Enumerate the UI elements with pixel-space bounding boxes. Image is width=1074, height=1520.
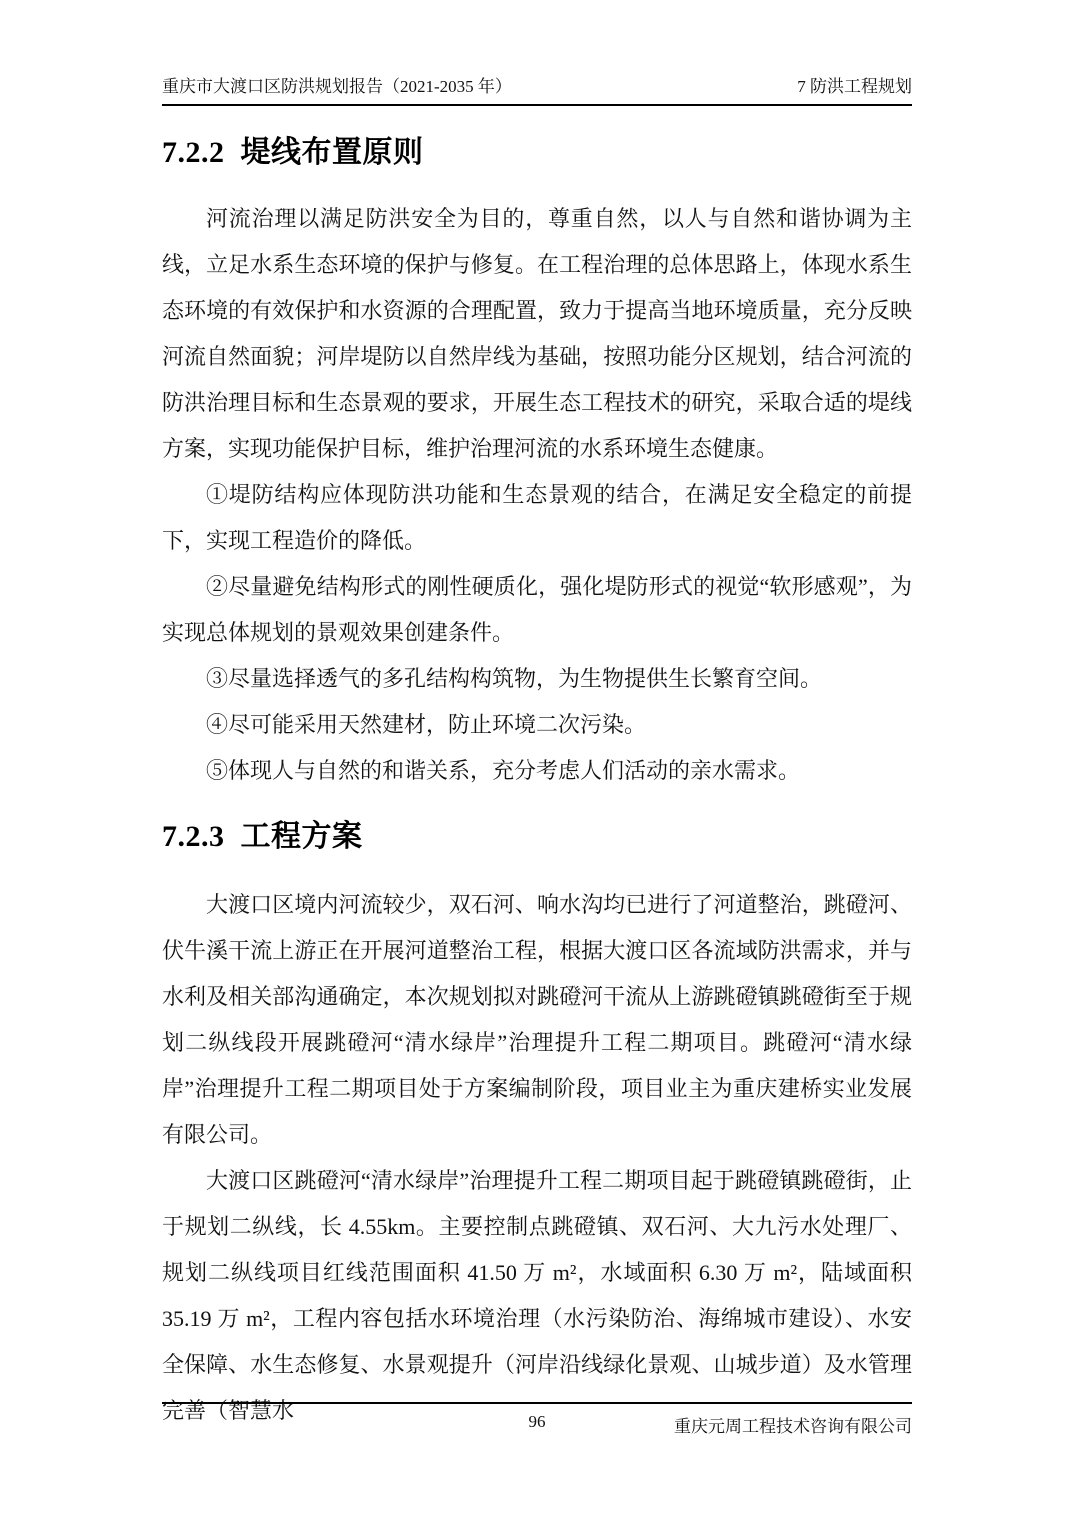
header-report-title: 重庆市大渡口区防洪规划报告（2021-2035 年）: [162, 72, 512, 97]
list-item-5: ⑤体现人与自然的和谐关系，充分考虑人们活动的亲水需求。: [162, 748, 912, 794]
list-item-3: ③尽量选择透气的多孔结构构筑物，为生物提供生长繁育空间。: [162, 656, 912, 702]
section-title: 工程方案: [241, 820, 363, 853]
document-page: 重庆市大渡口区防洪规划报告（2021-2035 年） 7 防洪工程规划 7.2.…: [0, 0, 1074, 1520]
page-header: 重庆市大渡口区防洪规划报告（2021-2035 年） 7 防洪工程规划: [162, 72, 912, 106]
list-item-2: ②尽量避免结构形式的刚性硬质化，强化堤防形式的视觉“软形感观”，为实现总体规划的…: [162, 564, 912, 656]
list-item-1: ①堤防结构应体现防洪功能和生态景观的结合，在满足安全稳定的前提下，实现工程造价的…: [162, 472, 912, 564]
header-chapter-title: 7 防洪工程规划: [797, 72, 912, 97]
section-title: 堤线布置原则: [241, 136, 424, 169]
page-footer: 96 重庆元周工程技术咨询有限公司: [162, 1402, 912, 1432]
paragraph-principles-intro: 河流治理以满足防洪安全为目的，尊重自然，以人与自然和谐协调为主线，立足水系生态环…: [162, 196, 912, 472]
footer-company-name: 重庆元周工程技术咨询有限公司: [674, 1412, 912, 1437]
section-heading-7-2-2: 7.2.2堤线布置原则: [162, 132, 912, 174]
paragraph-scheme-1: 大渡口区境内河流较少，双石河、响水沟均已进行了河道整治，跳磴河、伏牛溪干流上游正…: [162, 882, 912, 1158]
paragraph-scheme-2: 大渡口区跳磴河“清水绿岸”治理提升工程二期项目起于跳磴镇跳磴街，止于规划二纵线，…: [162, 1158, 912, 1434]
section-heading-7-2-3: 7.2.3工程方案: [162, 816, 912, 858]
section-number: 7.2.2: [162, 136, 225, 169]
page-number: 96: [529, 1412, 546, 1431]
page-content: 7.2.2堤线布置原则 河流治理以满足防洪安全为目的，尊重自然，以人与自然和谐协…: [162, 106, 912, 1434]
list-item-4: ④尽可能采用天然建材，防止环境二次污染。: [162, 702, 912, 748]
section-number: 7.2.3: [162, 820, 225, 853]
